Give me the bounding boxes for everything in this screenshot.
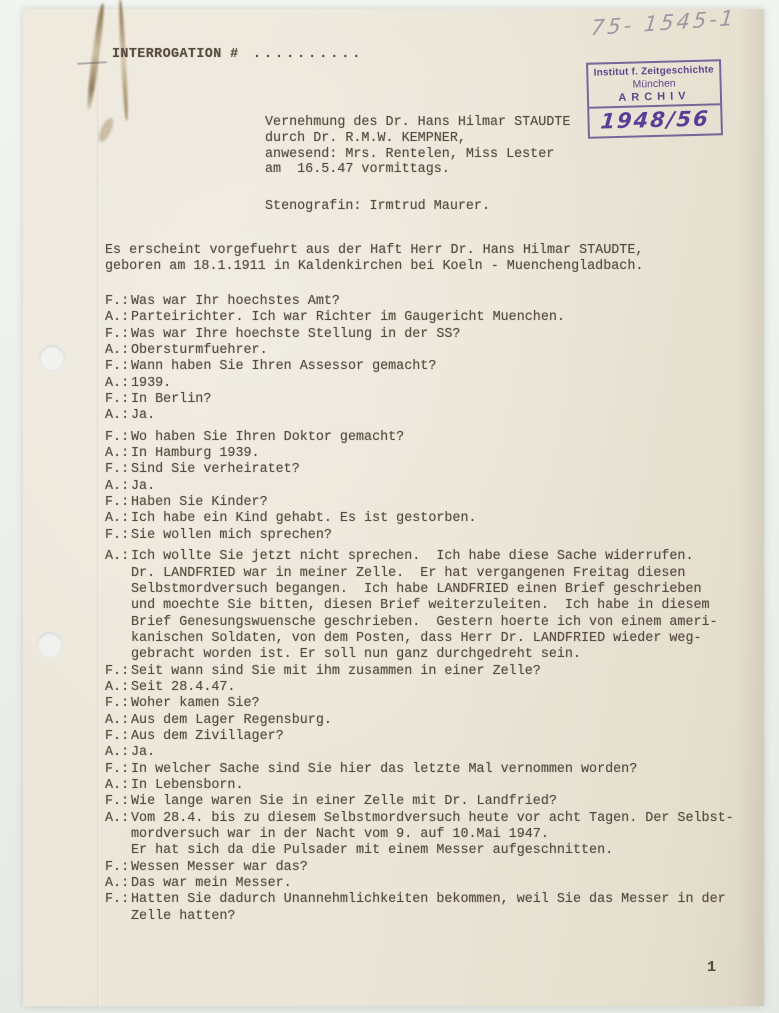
stenographer-line: Stenografin: Irmtrud Maurer. (265, 199, 490, 214)
speaker-label: F.: (105, 462, 129, 478)
utterance-text: Aus dem Lager Regensburg. (131, 713, 332, 728)
speaker-label: F.: (105, 794, 129, 810)
qa-line: F.: Haben Sie Kinder? (105, 495, 769, 511)
qa-line: F.: Wo haben Sie Ihren Doktor gemacht? (105, 430, 769, 446)
utterance-text: 1939. (131, 376, 171, 391)
speaker-label: A.: (105, 876, 129, 892)
qa-line: F.: Seit wann sind Sie mit ihm zusammen … (105, 664, 769, 680)
rust-stain (85, 3, 105, 111)
qa-line: F.: Wann haben Sie Ihren Assessor gemach… (105, 359, 769, 375)
qa-line: A.: In Hamburg 1939. (105, 446, 769, 462)
qa-line: A.: Vom 28.4. bis zu diesem Selbstmordve… (105, 811, 769, 860)
utterance-text: Ja. (131, 408, 155, 423)
speaker-label: A.: (105, 376, 129, 392)
speaker-label: A.: (105, 549, 129, 565)
stamp-accession-number: 1948/56 (588, 105, 721, 136)
utterance-text: Seit 28.4.47. (131, 680, 235, 695)
speaker-label: F.: (105, 528, 129, 544)
utterance-text: Wessen Messer war das? (131, 860, 308, 875)
speaker-label: F.: (105, 664, 129, 680)
speaker-label: F.: (105, 430, 129, 446)
qa-line: F.: Aus dem Zivillager? (105, 729, 769, 745)
utterance-text: In Berlin? (131, 392, 211, 407)
archive-stamp-header: Institut f. Zeitgeschichte München ARCHI… (588, 61, 720, 108)
qa-line: F.: Wie lange waren Sie in einer Zelle m… (105, 794, 769, 810)
utterance-text: Das war mein Messer. (131, 876, 292, 891)
utterance-text: Ja. (131, 479, 155, 494)
utterance-text: Vom 28.4. bis zu diesem Selbstmordversuc… (131, 811, 734, 859)
utterance-text: Ich wollte Sie jetzt nicht sprechen. Ich… (131, 549, 718, 662)
speaker-label: F.: (105, 729, 129, 745)
speaker-label: F.: (105, 860, 129, 876)
utterance-text: Parteirichter. Ich war Richter im Gauger… (131, 310, 565, 325)
utterance-text: Woher kamen Sie? (131, 696, 260, 711)
utterance-text: In welcher Sache sind Sie hier das letzt… (131, 762, 637, 777)
utterance-text: Haben Sie Kinder? (131, 495, 268, 510)
document-title: INTERROGATION # .......... (112, 47, 363, 62)
speaker-label: F.: (105, 762, 129, 778)
qa-line: F.: Sind Sie verheiratet? (105, 462, 769, 478)
archive-reference-note: 75- 1545-1 (590, 6, 738, 40)
qa-line: A.: Aus dem Lager Regensburg. (105, 713, 769, 729)
speaker-label: F.: (105, 696, 129, 712)
utterance-text: Ich habe ein Kind gehabt. Es ist gestorb… (131, 511, 477, 526)
hole-punch (39, 345, 65, 371)
qa-line: A.: Ja. (105, 479, 769, 495)
speaker-label: A.: (105, 745, 129, 761)
qa-line: A.: Ich wollte Sie jetzt nicht sprechen.… (105, 549, 769, 663)
utterance-text: Obersturmfuehrer. (131, 343, 268, 358)
speaker-label: F.: (105, 892, 129, 908)
qa-line: F.: In welcher Sache sind Sie hier das l… (105, 762, 769, 778)
speaker-label: A.: (105, 680, 129, 696)
utterance-text: Was war Ihre hoechste Stellung in der SS… (131, 327, 460, 342)
qa-line: F.: Woher kamen Sie? (105, 696, 769, 712)
qa-line: F.: Wessen Messer war das? (105, 860, 769, 876)
hole-punch (37, 632, 63, 658)
utterance-text: Hatten Sie dadurch Unannehmlichkeiten be… (131, 892, 726, 923)
utterance-text: Aus dem Zivillager? (131, 729, 284, 744)
utterance-text: In Lebensborn. (131, 778, 244, 793)
qa-line: F.: Hatten Sie dadurch Unannehmlichkeite… (105, 892, 769, 925)
speaker-label: A.: (105, 446, 129, 462)
qa-transcript: F.: Was war Ihr hoechstes Amt? A.: Parte… (105, 294, 769, 925)
utterance-text: Sie wollen mich sprechen? (131, 528, 332, 543)
utterance-text: Was war Ihr hoechstes Amt? (131, 294, 340, 309)
speaker-label: F.: (105, 392, 129, 408)
utterance-text: Ja. (131, 745, 155, 760)
speaker-label: A.: (105, 310, 129, 326)
paper-page: 75- 1545-1 Institut f. Zeitgeschichte Mü… (23, 9, 764, 1006)
qa-line: A.: Parteirichter. Ich war Richter im Ga… (105, 310, 769, 326)
speaker-label: A.: (105, 713, 129, 729)
speaker-label: A.: (105, 343, 129, 359)
qa-line: A.: Ich habe ein Kind gehabt. Es ist ges… (105, 511, 769, 527)
stamp-archiv-label: ARCHIV (591, 89, 718, 104)
page-number: 1 (707, 959, 717, 976)
qa-line: A.: Obersturmfuehrer. (105, 343, 769, 359)
qa-line: A.: Ja. (105, 745, 769, 761)
speaker-label: A.: (105, 778, 129, 794)
qa-line: F.: Was war Ihre hoechste Stellung in de… (105, 327, 769, 343)
speaker-label: A.: (105, 511, 129, 527)
intro-paragraph: Es erscheint vorgefuehrt aus der Haft He… (105, 243, 767, 276)
speaker-label: F.: (105, 495, 129, 511)
utterance-text: Seit wann sind Sie mit ihm zusammen in e… (131, 664, 541, 679)
speaker-label: F.: (105, 327, 129, 343)
qa-line: F.: Was war Ihr hoechstes Amt? (105, 294, 769, 310)
qa-line: A.: Das war mein Messer. (105, 876, 769, 892)
speaker-label: F.: (105, 359, 129, 375)
fold-crease (97, 9, 100, 1006)
utterance-text: Sind Sie verheiratet? (131, 462, 300, 477)
utterance-text: Wann haben Sie Ihren Assessor gemacht? (131, 359, 436, 374)
interrogation-header: Vernehmung des Dr. Hans Hilmar STAUDTE d… (265, 115, 570, 178)
qa-line: A.: Ja. (105, 408, 769, 424)
utterance-text: In Hamburg 1939. (131, 446, 260, 461)
speaker-label: F.: (105, 294, 129, 310)
document-scan: 75- 1545-1 Institut f. Zeitgeschichte Mü… (0, 0, 779, 1013)
speaker-label: A.: (105, 479, 129, 495)
utterance-text: Wie lange waren Sie in einer Zelle mit D… (131, 794, 557, 809)
qa-line: A.: 1939. (105, 376, 769, 392)
utterance-text: Wo haben Sie Ihren Doktor gemacht? (131, 430, 404, 445)
archive-stamp: Institut f. Zeitgeschichte München ARCHI… (586, 59, 723, 139)
speaker-label: A.: (105, 811, 129, 827)
qa-line: A.: Seit 28.4.47. (105, 680, 769, 696)
qa-line: F.: Sie wollen mich sprechen? (105, 528, 769, 544)
title-dotted-line: .......... (253, 47, 363, 62)
qa-line: A.: In Lebensborn. (105, 778, 769, 794)
qa-line: F.: In Berlin? (105, 392, 769, 408)
speaker-label: A.: (105, 408, 129, 424)
document-title-label: INTERROGATION # (112, 47, 239, 62)
